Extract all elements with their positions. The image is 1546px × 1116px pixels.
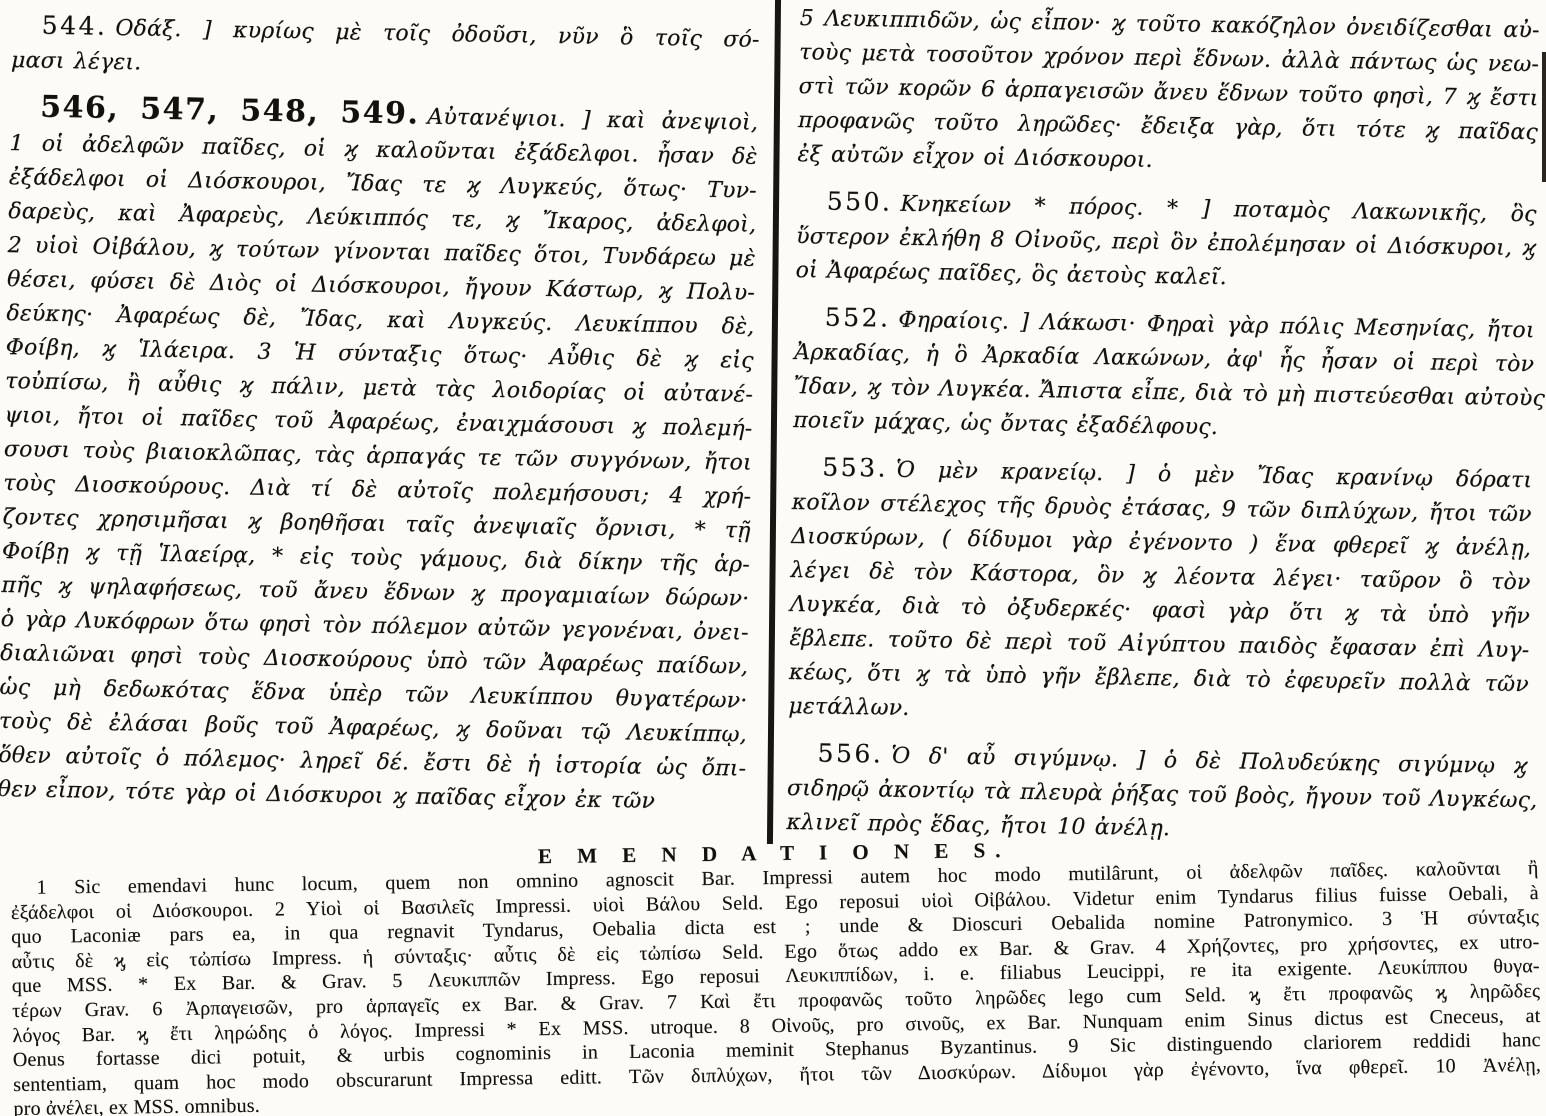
- scholium-paragraph: 5 Λευκιππιδῶν, ὡς εἶπον· ϗ τοῦτο κακόζηλ…: [797, 2, 1540, 184]
- emendationes-notes: 1 Sic emendavi hunc locum, quem non omni…: [10, 856, 1541, 1116]
- scholium-paragraph: 553.Ὁ μὲν κρανείῳ. ] ὁ μὲν Ἴδας κρανίνῳ …: [788, 450, 1532, 736]
- scan-edge-artifact: [1542, 52, 1546, 182]
- scholium-paragraph: 546, 547, 548, 549.Αὐτανέψιοι. ] καὶ ἀνε…: [0, 90, 758, 821]
- scholium-paragraph: 550.Κνηκείων * πόρος. * ] ποταμὸς Λακωνι…: [795, 184, 1537, 300]
- scholium-paragraph: 552.Φηραίοις. ] Λάκωσι· Φηραὶ γὰρ πόλις …: [793, 300, 1535, 450]
- section-number: 550.: [826, 186, 900, 216]
- emendationes-section: E M E N D A T I O N E S. 1 Sic emendavi …: [10, 830, 1541, 1116]
- scanned-page: 544.Οδάξ. ] κυρίως μὲ τοῖς ὀδοῦσι, νῦν ὃ…: [0, 0, 1546, 1116]
- section-number: 544.: [41, 11, 115, 41]
- left-text-column: 544.Οδάξ. ] κυρίως μὲ τοῖς ὀδοῦσι, νῦν ὃ…: [0, 8, 760, 833]
- column-divider-rule: [767, 0, 781, 844]
- section-number: 553.: [822, 452, 896, 482]
- section-number: 552.: [825, 302, 899, 332]
- right-text-column: 5 Λευκιππιδῶν, ὡς εἶπον· ϗ τοῦτο κακόζηλ…: [786, 2, 1540, 864]
- section-number: 556.: [817, 738, 891, 768]
- scholium-paragraph: 544.Οδάξ. ] κυρίως μὲ τοῖς ὀδοῦσι, νῦν ὃ…: [11, 8, 760, 92]
- section-number: 546, 547, 548, 549.: [40, 90, 428, 132]
